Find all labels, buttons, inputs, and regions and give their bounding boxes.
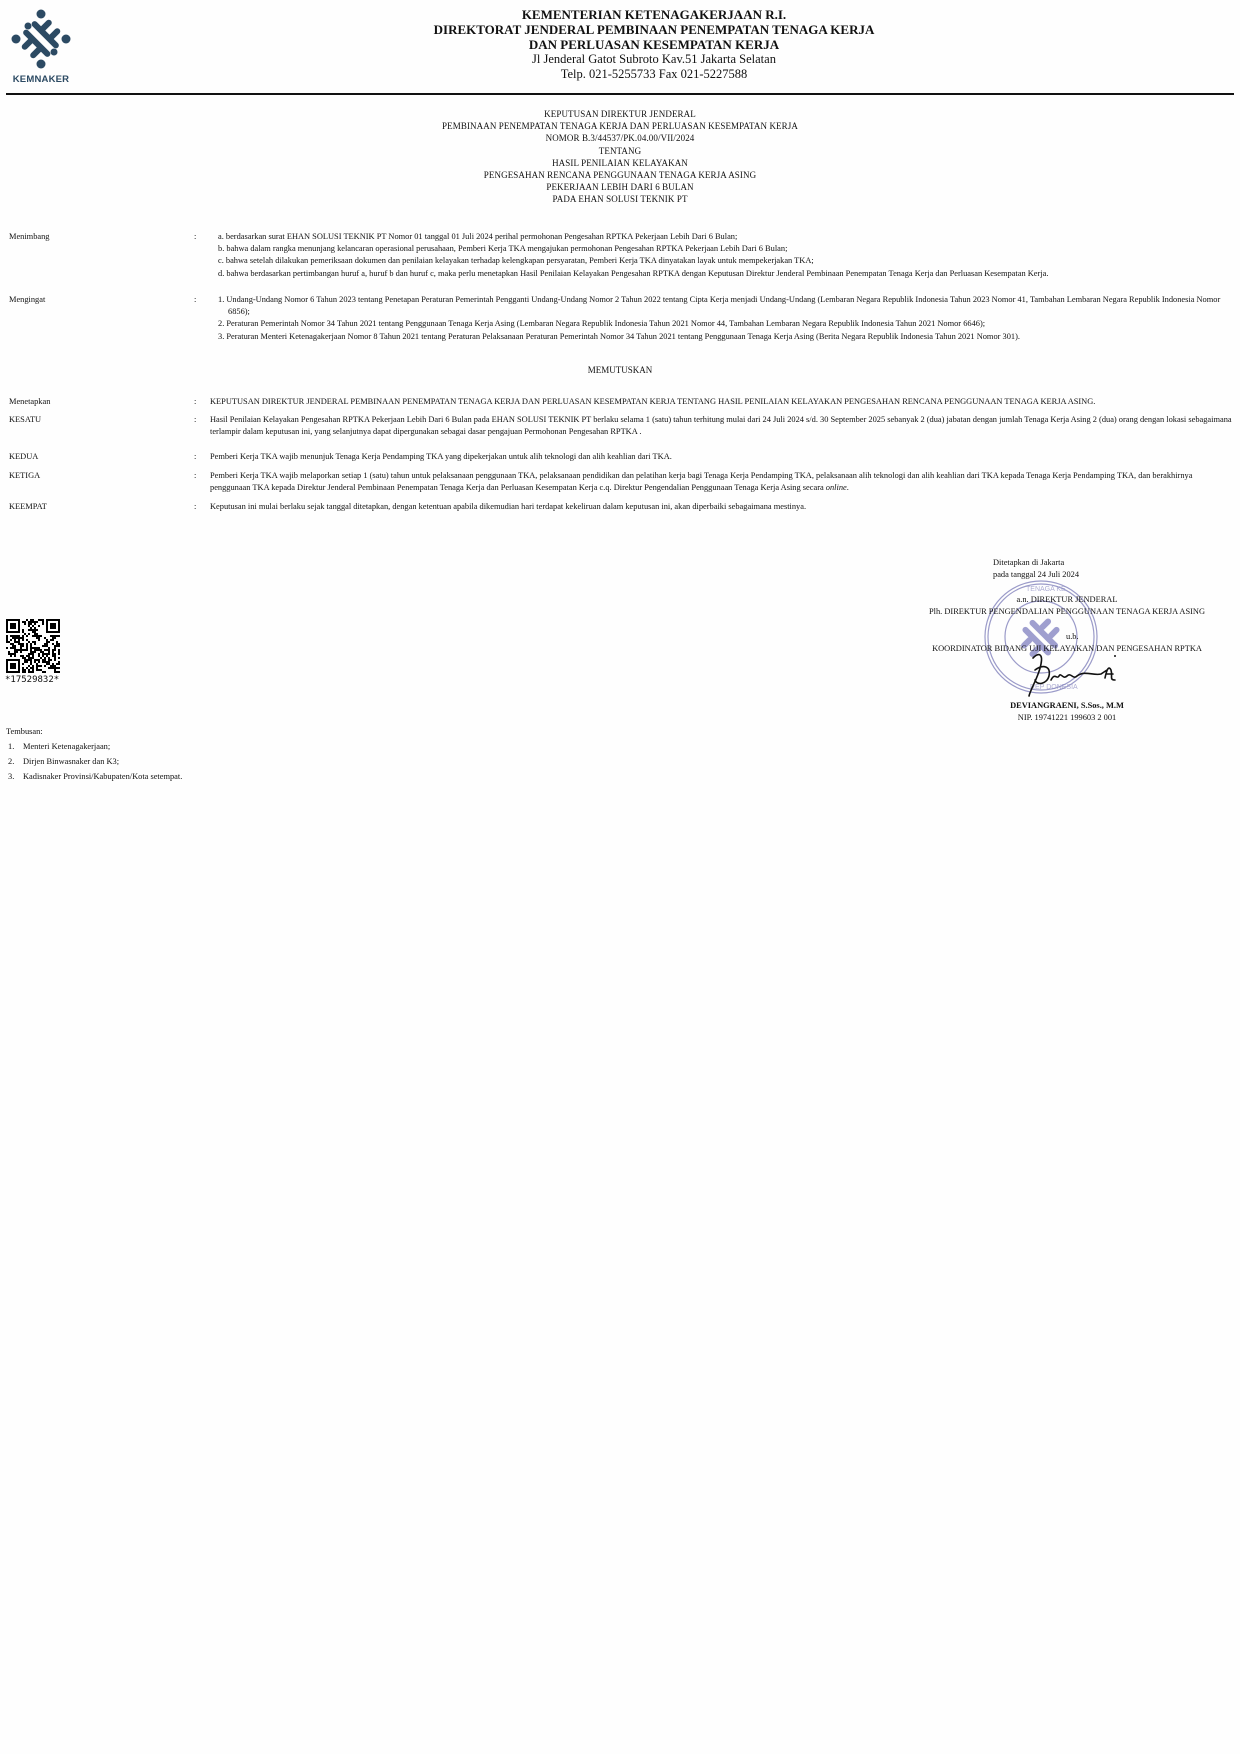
menimbang-item: b. bahwa dalam rangka menunjang kelancar… — [218, 243, 1236, 255]
ketiga-label: KETIGA — [9, 470, 40, 482]
kemnaker-logo: KEMNAKER — [10, 8, 72, 86]
title-line: PENGESAHAN RENCANA PENGGUNAAN TENAGA KER… — [300, 169, 940, 181]
menimbang-label: Menimbang — [9, 231, 49, 243]
ketiga-body: Pemberi Kerja TKA wajib melaporkan setia… — [210, 471, 1192, 492]
colon: : — [194, 414, 196, 426]
address: Jl Jenderal Gatot Subroto Kav.51 Jakarta… — [300, 52, 1008, 67]
menimbang-list: a. berdasarkan surat EHAN SOLUSI TEKNIK … — [218, 231, 1236, 280]
keempat-label: KEEMPAT — [9, 501, 47, 513]
tembusan-item: Dirjen Binwasnaker dan K3; — [23, 756, 119, 768]
menetapkan-label: Menetapkan — [9, 396, 50, 408]
mengingat-item: 2. Peraturan Pemerintah Nomor 34 Tahun 2… — [218, 318, 1234, 330]
plh-director: Plh. DIREKTUR PENGENDALIAN PENGGUNAAN TE… — [900, 606, 1234, 618]
qr-code — [6, 619, 60, 673]
tembusan-item: Menteri Ketenagakerjaan; — [23, 741, 110, 753]
letterhead-rule — [6, 93, 1234, 95]
ketiga-text: Pemberi Kerja TKA wajib melaporkan setia… — [210, 470, 1234, 494]
signature-icon — [1025, 650, 1125, 700]
an-director-general: a.n. DIREKTUR JENDERAL — [900, 594, 1234, 606]
ub-label: u.b. — [1066, 631, 1079, 643]
menimbang-item: a. berdasarkan surat EHAN SOLUSI TEKNIK … — [218, 231, 1236, 243]
colon: : — [194, 501, 196, 513]
title-line: HASIL PENILAIAN KELAYAKAN — [300, 157, 940, 169]
title-line: PEMBINAAN PENEMPATAN TENAGA KERJA DAN PE… — [300, 120, 940, 132]
mengingat-item: 3. Peraturan Menteri Ketenagakerjaan Nom… — [218, 331, 1234, 343]
svg-text:TENAGA KE: TENAGA KE — [1026, 586, 1066, 593]
menimbang-item: d. bahwa berdasarkan pertimbangan huruf … — [218, 268, 1236, 280]
decree-title: KEPUTUSAN DIREKTUR JENDERAL PEMBINAAN PE… — [300, 108, 940, 206]
directorate-name-cont: DAN PERLUASAN KESEMPATAN KERJA — [300, 37, 1008, 52]
decree-place: Ditetapkan di Jakarta — [993, 557, 1064, 569]
signatory-nip: NIP. 19741221 199603 2 001 — [900, 712, 1234, 724]
kedua-text: Pemberi Kerja TKA wajib menunjuk Tenaga … — [210, 451, 1234, 463]
letterhead: KEMENTERIAN KETENAGAKERJAAN R.I. DIREKTO… — [300, 7, 1008, 82]
tembusan-item: Kadisnaker Provinsi/Kabupaten/Kota setem… — [23, 771, 182, 783]
colon: : — [194, 231, 196, 243]
signatory-name: DEVIANGRAENI, S.Sos., M.M — [900, 700, 1234, 712]
kesatu-label: KESATU — [9, 414, 41, 426]
title-line: KEPUTUSAN DIREKTUR JENDERAL — [300, 108, 940, 120]
logo-text: KEMNAKER — [10, 74, 72, 85]
colon: : — [194, 294, 196, 306]
mengingat-item: 1. Undang-Undang Nomor 6 Tahun 2023 tent… — [218, 294, 1234, 318]
ketiga-suffix: . — [847, 483, 849, 492]
tembusan-num: 2. — [8, 756, 14, 768]
colon: : — [194, 451, 196, 463]
handwritten-signature — [1025, 650, 1125, 700]
phone-fax: Telp. 021-5255733 Fax 021-5227588 — [300, 67, 1008, 82]
decree-number: NOMOR B.3/44537/PK.04.00/VII/2024 — [300, 132, 940, 144]
mengingat-label: Mengingat — [9, 294, 45, 306]
tembusan-num: 3. — [8, 771, 14, 783]
company-line: PADA EHAN SOLUSI TEKNIK PT — [300, 193, 940, 205]
memutuskan-heading: MEMUTUSKAN — [300, 365, 940, 375]
ketiga-online: online — [826, 483, 847, 492]
kesatu-text: Hasil Penilaian Kelayakan Pengesahan RPT… — [210, 414, 1234, 438]
kedua-label: KEDUA — [9, 451, 38, 463]
menimbang-item: c. bahwa setelah dilakukan pemeriksaan d… — [218, 255, 1236, 267]
kemnaker-emblem-icon — [10, 8, 72, 70]
mengingat-list: 1. Undang-Undang Nomor 6 Tahun 2023 tent… — [218, 294, 1234, 343]
decree-date: pada tanggal 24 Juli 2024 — [993, 569, 1079, 581]
title-line: PEKERJAAN LEBIH DARI 6 BULAN — [300, 181, 940, 193]
colon: : — [194, 470, 196, 482]
tembusan-num: 1. — [8, 741, 14, 753]
directorate-name: DIREKTORAT JENDERAL PEMBINAAN PENEMPATAN… — [300, 22, 1008, 37]
qr-code-icon — [6, 619, 60, 673]
tembusan-title: Tembusan: — [6, 726, 43, 738]
colon: : — [194, 396, 196, 408]
title-line: TENTANG — [300, 145, 940, 157]
ministry-name: KEMENTERIAN KETENAGAKERJAAN R.I. — [300, 7, 1008, 22]
keempat-text: Keputusan ini mulai berlaku sejak tangga… — [210, 501, 1234, 513]
qr-document-id: *17529832* — [5, 675, 59, 685]
menetapkan-text: KEPUTUSAN DIREKTUR JENDERAL PEMBINAAN PE… — [210, 396, 1234, 408]
